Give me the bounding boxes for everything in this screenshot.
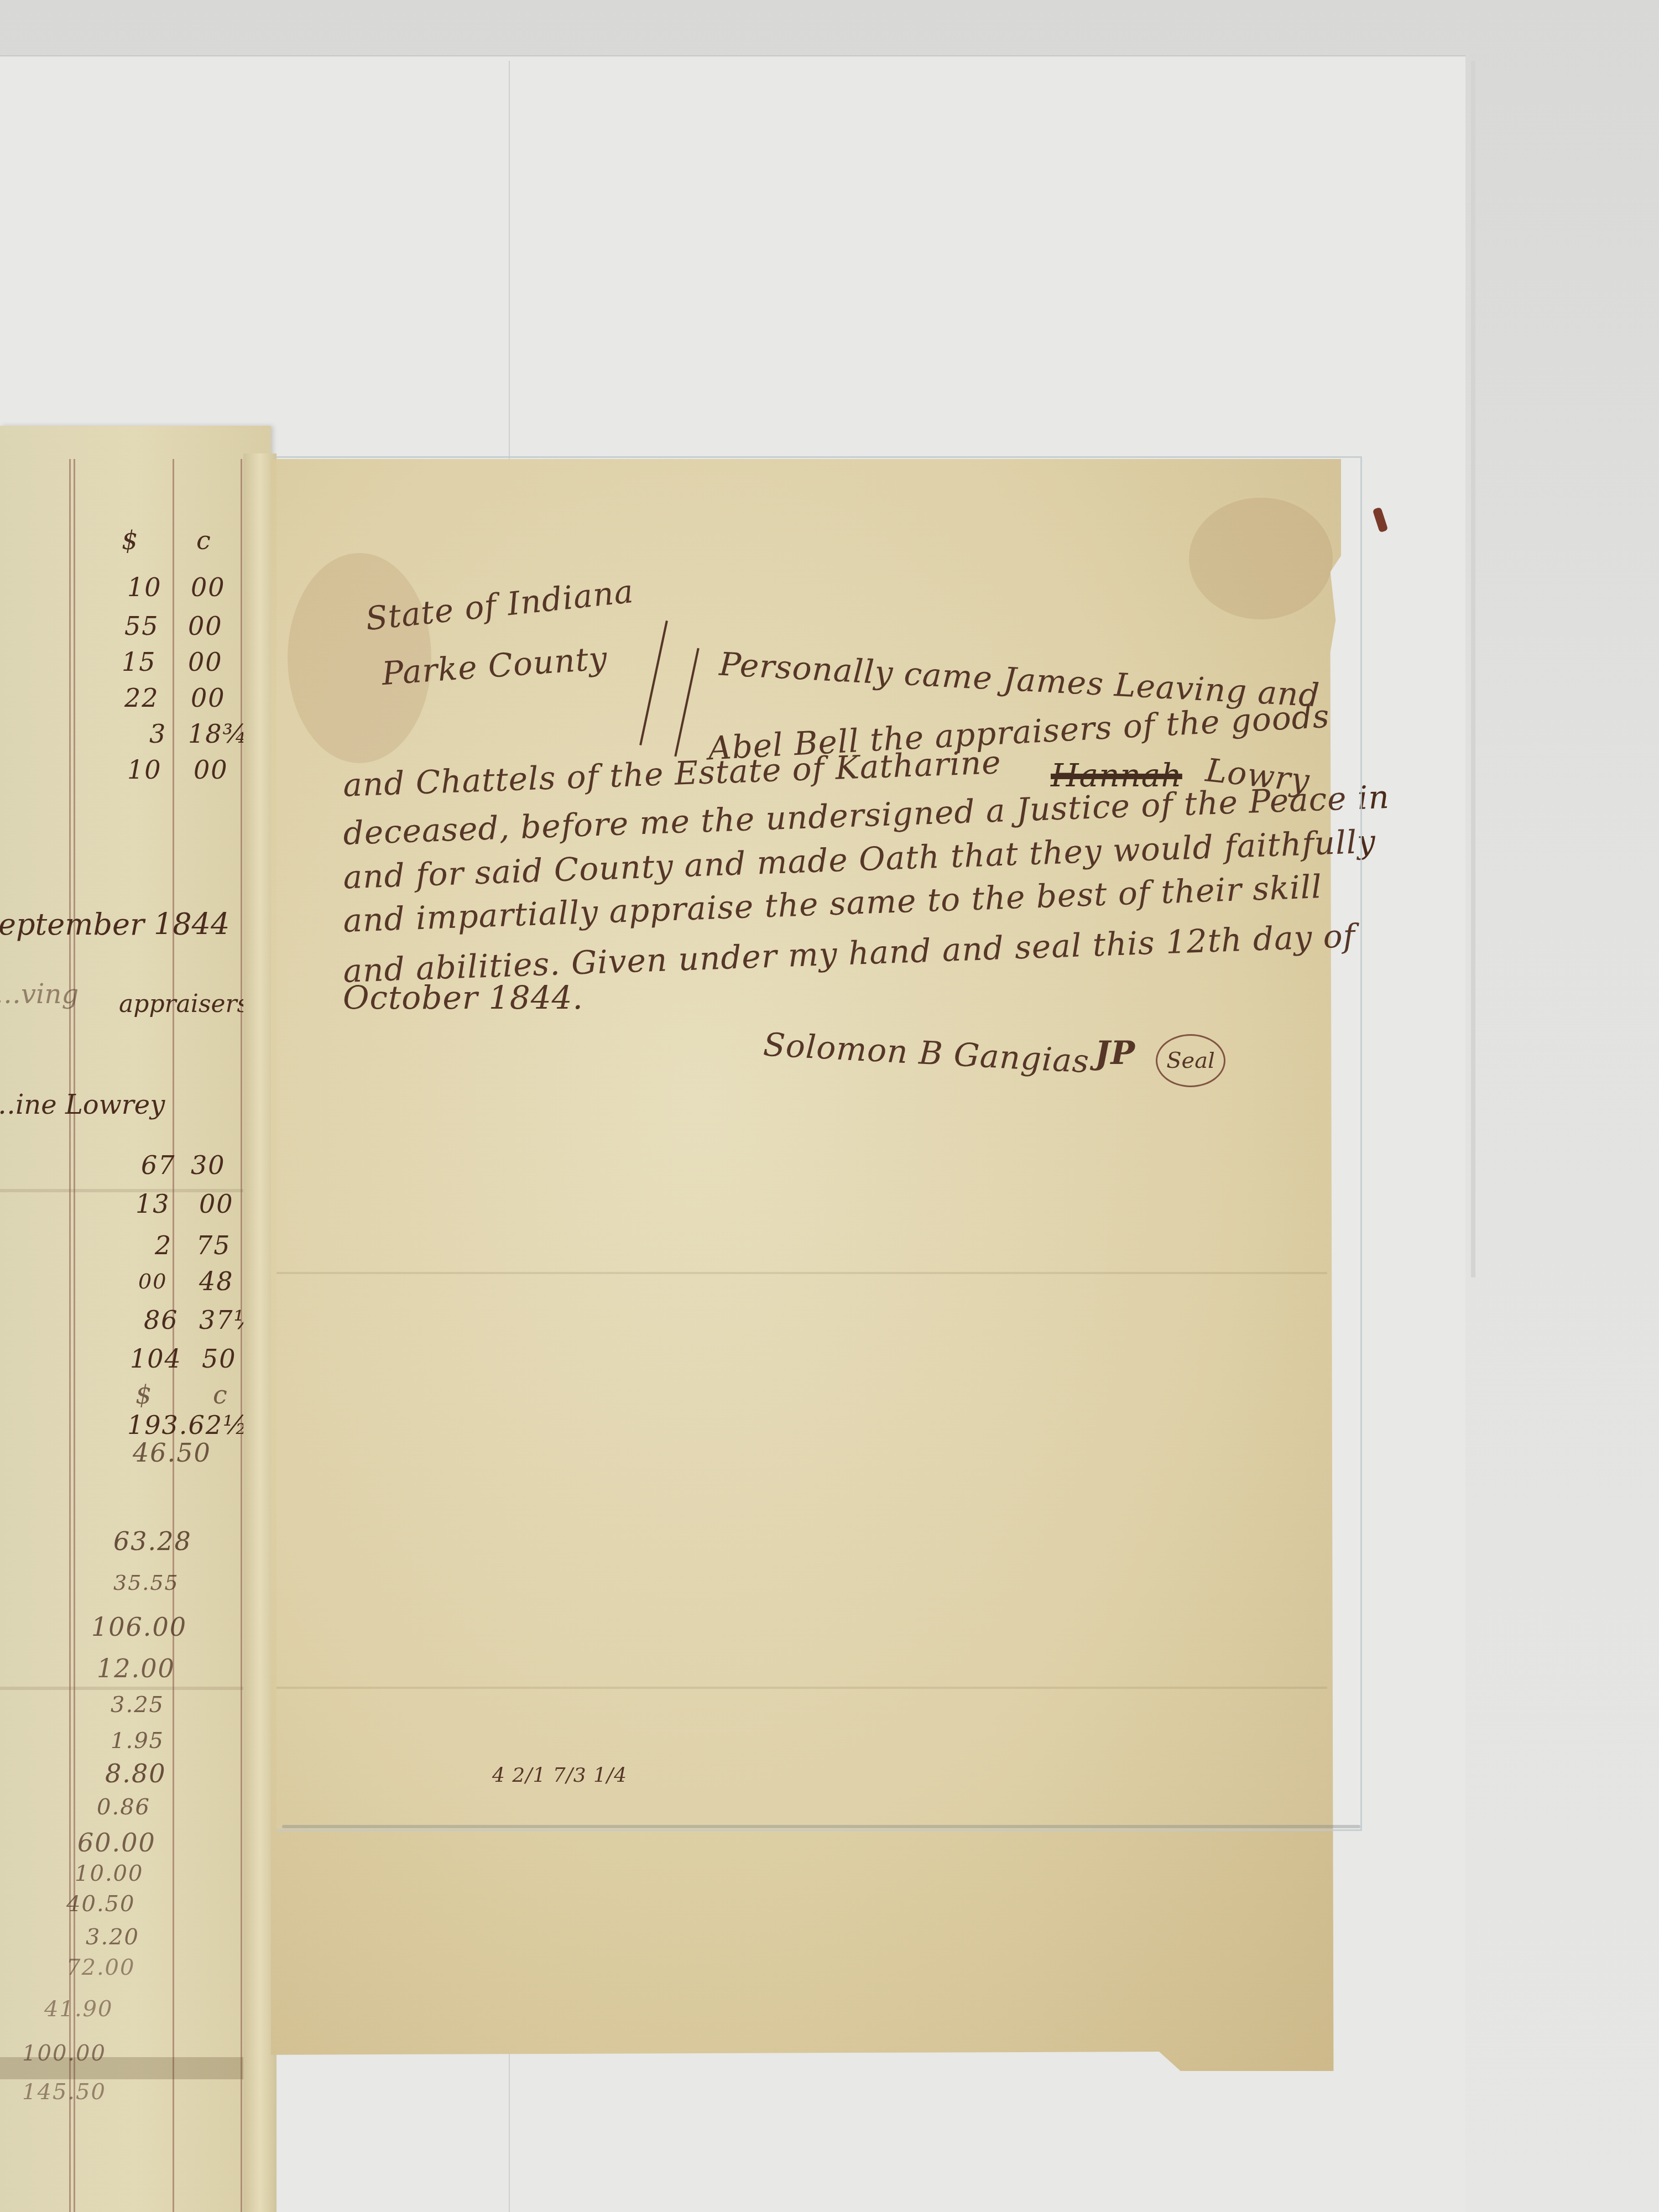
page-fold [276, 1272, 1327, 1274]
ledger-cents: 00 [199, 1189, 234, 1219]
ledger-cents: 00 [194, 755, 228, 785]
ledger-amount: 8.80 [105, 1759, 166, 1788]
ledger-dollars: 22 [124, 683, 159, 713]
ledger-amount: 193.62½ [127, 1410, 249, 1440]
ledger-dollars: 10 [127, 755, 162, 785]
ledger-amount: 35.55 [113, 1571, 179, 1595]
ledger-dollars: 10 [127, 572, 162, 602]
body-line: October 1844. [343, 979, 583, 1016]
ledger-leaf: $ c 10 00 55 00 15 00 22 00 3 18¾ 10 00 … [0, 426, 271, 2212]
ledger-rule [74, 459, 75, 2212]
dollars-header: $ [122, 525, 139, 555]
ledger-dollars: 104 [130, 1344, 182, 1374]
ledger-amount: 46.50 [133, 1438, 211, 1468]
ledger-dollars: 67 [141, 1150, 176, 1180]
signature-title: JP [1095, 1034, 1135, 1072]
ledger-amount: 0.86 [97, 1794, 150, 1820]
ledger-rule [173, 459, 174, 2212]
ledger-amount: 145.50 [22, 2079, 106, 2105]
appraisers-label: appraisers [119, 990, 249, 1018]
ledger-cents: 18¾ [188, 719, 248, 749]
page-fold [276, 1687, 1327, 1689]
ledger-amount: 1.95 [111, 1728, 164, 1754]
ledger-amount: 60.00 [77, 1828, 156, 1858]
ledger-amount: 106.00 [91, 1612, 187, 1642]
ledger-cents: 75 [196, 1230, 231, 1260]
paper-stain [1189, 498, 1333, 619]
ledger-rule [69, 459, 71, 2212]
ledger-dollars: 15 [122, 647, 156, 677]
mounting-sheet-edge [1471, 61, 1475, 1277]
cents-header: c [213, 1380, 228, 1410]
ledger-dollars: 86 [144, 1305, 179, 1335]
seal-mark: Seal [1156, 1034, 1225, 1087]
ledger-cents: 00 [191, 572, 226, 602]
ledger-date: September 1844 [0, 907, 229, 942]
ledger-cents: 00 [191, 683, 226, 713]
ledger-amount: 72.00 [66, 1955, 135, 1980]
sleeve-edge [282, 1825, 1360, 1828]
ledger-cents: 00 [188, 647, 223, 677]
ledger-amount: 3.25 [111, 1692, 164, 1718]
ledger-dollars: 55 [124, 611, 159, 641]
ledger-cents: 50 [202, 1344, 237, 1374]
ledger-amount: 63.28 [113, 1526, 192, 1556]
ledger-fragment: …ving [0, 979, 79, 1010]
dollars-header: $ [135, 1380, 153, 1410]
ledger-dollars: 13 [135, 1189, 170, 1219]
ledger-name: …ine Lowrey [0, 1089, 165, 1120]
ledger-dollars: 2 [155, 1230, 172, 1260]
cents-header: c [196, 525, 212, 555]
ledger-amount: 12.00 [97, 1653, 175, 1683]
ledger-amount: 40.50 [66, 1891, 135, 1917]
ledger-amount: 100.00 [22, 2041, 106, 2066]
ledger-dollars: 3 [149, 719, 166, 749]
ledger-amount: 3.20 [86, 1924, 139, 1950]
ledger-cents: 30 [191, 1150, 226, 1180]
ledger-amount: 10.00 [75, 1861, 144, 1886]
ledger-amount: 41.90 [44, 1996, 113, 2022]
archive-mark: 4 2/1 7/3 1/4 [492, 1764, 627, 1787]
ledger-dollars: 00 [138, 1269, 167, 1293]
ledger-cents: 00 [188, 611, 223, 641]
ledger-fold [0, 1687, 271, 1690]
ledger-cents: 48 [199, 1266, 234, 1296]
